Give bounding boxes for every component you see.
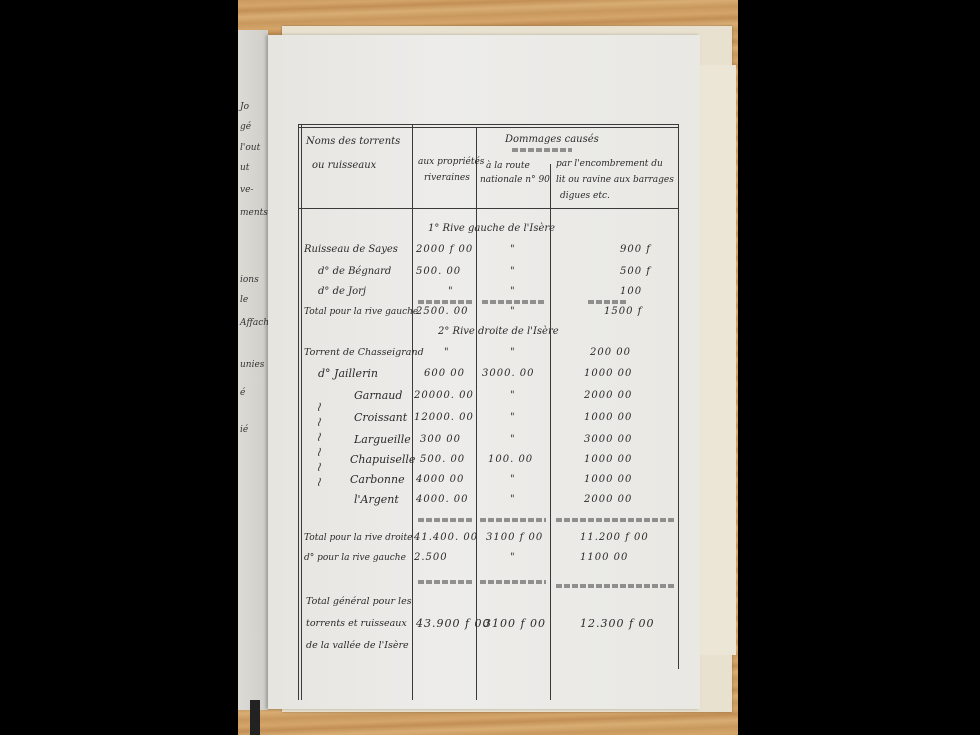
grand-total-rule [556, 584, 676, 588]
total-encombrement: 11.200 f 00 [580, 532, 649, 544]
row-route: " [510, 474, 516, 486]
row-riveraines: 500. 00 [416, 266, 461, 278]
margin-note: ments [240, 208, 268, 218]
row-encombrement: 1000 00 [584, 454, 632, 466]
row-riveraines: 2000 f 00 [416, 244, 473, 256]
header-encombrement-2: lit ou ravine aux barrages [556, 174, 674, 186]
row-encombrement: 500 f [620, 266, 651, 278]
row-encombrement: 3000 00 [584, 434, 632, 446]
row-route: " [510, 434, 516, 446]
total-route: " [510, 306, 516, 318]
row-route: " [510, 347, 516, 359]
grand-total-label-2: torrents et ruisseaux [306, 618, 407, 630]
table-border-left [298, 124, 299, 700]
row-route: 3000. 00 [482, 368, 535, 380]
margin-note: gé [240, 122, 251, 132]
total-riveraines: 2500. 00 [416, 306, 469, 318]
grand-total-label: Total général pour les [306, 596, 412, 608]
row-encombrement: 1000 00 [584, 412, 632, 424]
col-separator-2 [476, 127, 477, 700]
row-route: 100. 00 [488, 454, 533, 466]
row-riveraines: 300 00 [420, 434, 461, 446]
header-encombrement-3: digues etc. [560, 190, 610, 202]
row-riveraines: 4000 00 [416, 474, 464, 486]
margin-note: l'out [240, 143, 260, 153]
row-name: Largueille [354, 434, 411, 446]
row-route: " [510, 286, 516, 298]
total-encombrement: 1500 f [604, 306, 642, 318]
margin-note: ié [240, 425, 248, 435]
left-facing-page: Jo gé l'out ut ve- ments ions le Affache… [238, 30, 268, 710]
margin-note: unies [240, 360, 264, 370]
damages-table: Noms des torrents ou ruisseaux aux propr… [298, 124, 680, 700]
table-border-left-double [301, 124, 302, 700]
underlying-sheet-edge [700, 65, 736, 655]
row-riveraines: " [448, 286, 454, 298]
header-riveraines: aux propriétés [418, 156, 484, 168]
row-route: " [510, 266, 516, 278]
header-torrent-names: Noms des torrents [306, 136, 400, 148]
section-title-rive-droite: 2° Rive droite de l'Isère [438, 326, 559, 338]
subtotal-rule [418, 518, 474, 522]
subtotal-rule [588, 300, 628, 304]
grand-total-rule [480, 580, 546, 584]
total-route: 3100 f 00 [486, 532, 543, 544]
row-riveraines: 12000. 00 [414, 412, 474, 424]
left-margin-notes: Jo gé l'out ut ve- ments ions le Affache… [238, 30, 268, 710]
subtotal-rule [480, 518, 546, 522]
row-riveraines: 20000. 00 [414, 390, 474, 402]
row-encombrement: 200 00 [590, 347, 631, 359]
carry-label: d° pour la rive gauche [304, 552, 406, 564]
row-name: Croissant [354, 412, 407, 424]
grand-total-label-3: de la vallée de l'Isère [306, 640, 409, 652]
margin-note: ut [240, 163, 249, 173]
row-name: Ruisseau de Sayes [304, 244, 398, 256]
row-name: l'Argent [354, 494, 399, 506]
row-riveraines: 600 00 [424, 368, 465, 380]
book-binding [250, 700, 260, 735]
table-border-right [678, 124, 679, 669]
header-underline [512, 148, 572, 152]
row-route: " [510, 412, 516, 424]
header-damages-group: Dommages causés [505, 134, 599, 146]
total-label: Total pour la rive gauche [304, 306, 418, 318]
row-encombrement: 1000 00 [584, 368, 632, 380]
row-encombrement: 900 f [620, 244, 651, 256]
carry-route: " [510, 552, 516, 564]
grand-total-route: 3100 f 00 [484, 618, 546, 630]
header-route: à la route [486, 160, 530, 172]
row-name: d° Jaillerin [318, 368, 378, 380]
total-label: Total pour la rive droite [304, 532, 412, 544]
col-separator-3 [550, 164, 551, 700]
total-riveraines: 41.400. 00 [414, 532, 478, 544]
margin-note: le [240, 295, 248, 305]
row-encombrement: 2000 00 [584, 494, 632, 506]
row-name: Chapuiselle [350, 454, 415, 466]
row-name: Carbonne [350, 474, 405, 486]
ledger-page: Noms des torrents ou ruisseaux aux propr… [268, 35, 700, 709]
row-encombrement: 2000 00 [584, 390, 632, 402]
subtotal-rule [556, 518, 676, 522]
row-name: Garnaud [354, 390, 402, 402]
margin-note: ions [240, 275, 259, 285]
row-encombrement: 100 [620, 286, 642, 298]
row-encombrement: 1000 00 [584, 474, 632, 486]
margin-note: ve- [240, 185, 253, 195]
header-torrent-names-2: ou ruisseaux [312, 160, 376, 172]
row-name: d° de Jorj [318, 286, 366, 298]
section-title-rive-gauche: 1° Rive gauche de l'Isère [428, 223, 555, 235]
carry-encombrement: 1100 00 [580, 552, 628, 564]
header-encombrement: par l'encombrement du [556, 158, 663, 170]
grand-total-riveraines: 43.900 f 00 [416, 618, 491, 630]
table-border-top-double [298, 127, 678, 128]
col-separator-1 [412, 124, 413, 700]
row-route: " [510, 494, 516, 506]
grand-total-encombrement: 12.300 f 00 [580, 618, 655, 630]
row-riveraines: 500. 00 [420, 454, 465, 466]
brace-mark: ≀≀≀≀≀≀ [316, 400, 321, 490]
grand-total-rule [418, 580, 474, 584]
header-route-2: nationale n° 90 [480, 174, 550, 186]
row-name: Torrent de Chasseigrand [304, 347, 424, 359]
row-riveraines: " [444, 347, 450, 359]
row-name: d° de Bégnard [318, 266, 391, 278]
table-border-top [298, 124, 678, 125]
header-riveraines-2: riveraines [424, 172, 470, 184]
carry-riveraines: 2.500 [414, 552, 448, 564]
margin-note: é [240, 388, 245, 398]
subtotal-rule [482, 300, 544, 304]
row-riveraines: 4000. 00 [416, 494, 469, 506]
margin-note: Jo [240, 102, 249, 112]
header-bottom-rule [298, 208, 678, 209]
row-route: " [510, 244, 516, 256]
subtotal-rule [418, 300, 474, 304]
row-route: " [510, 390, 516, 402]
